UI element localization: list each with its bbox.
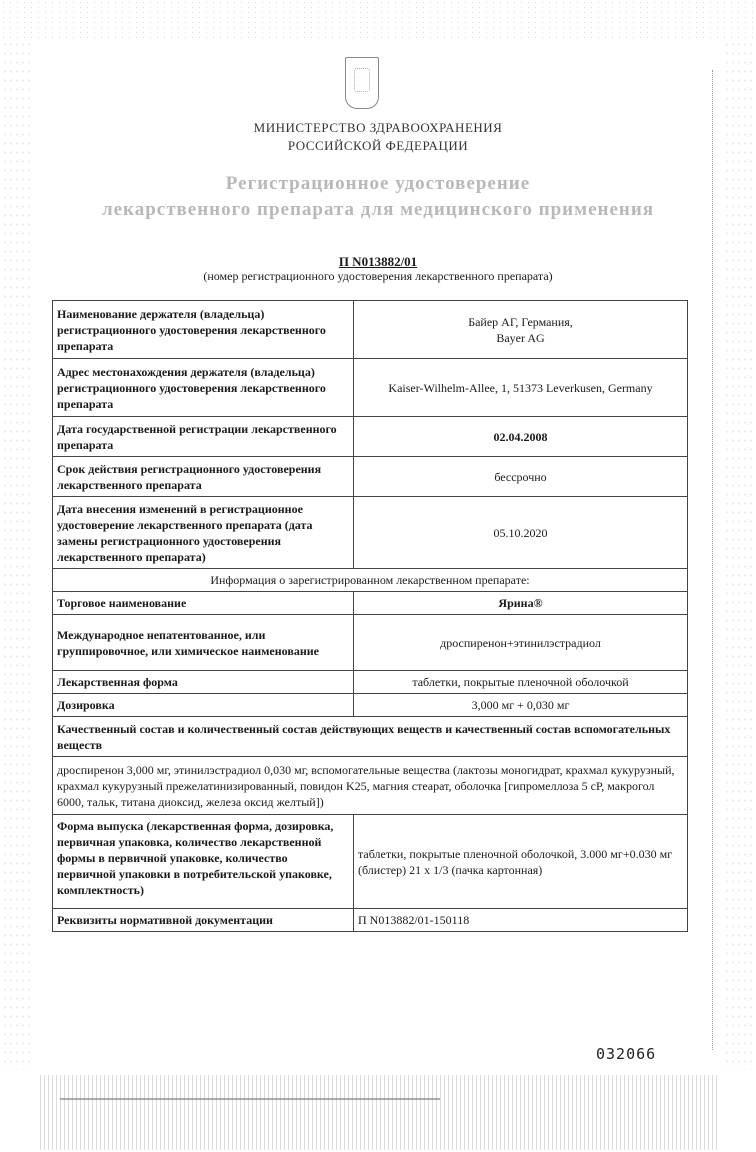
registration-number-caption: (номер регистрационного удостоверения ле… [0,269,756,284]
holder-address-value: Kaiser-Wilhelm-Allee, 1, 51373 Leverkuse… [354,359,688,417]
holder-name-ru: Байер АГ, Германия, [358,314,683,330]
holder-address-label: Адрес местонахождения держателя (владель… [53,359,354,417]
registration-date-label: Дата государственной регистрации лекарст… [53,417,354,457]
table-row: Адрес местонахождения держателя (владель… [53,359,688,417]
table-row: Реквизиты нормативной документации П N01… [53,909,688,932]
table-row: дроспиренон 3,000 мг, этинилэстрадиол 0,… [53,757,688,815]
composition-header: Качественный состав и количественный сос… [53,717,688,757]
registration-date-value: 02.04.2008 [354,417,688,457]
ministry-name-line1: МИНИСТЕРСТВО ЗДРАВООХРАНЕНИЯ [0,120,756,136]
table-row: Дозировка 3,000 мг + 0,030 мг [53,694,688,717]
normative-doc-label: Реквизиты нормативной документации [53,909,354,932]
validity-value: бессрочно [354,457,688,497]
table-row: Наименование держателя (владельца) регис… [53,301,688,359]
table-row: Срок действия регистрационного удостовер… [53,457,688,497]
registration-number: П N013882/01 [0,254,756,270]
changes-date-value: 05.10.2020 [354,497,688,569]
document-title-line2: лекарственного препарата для медицинског… [0,199,756,221]
table-row: Международное непатентованное, или групп… [53,615,688,671]
inn-value: дроспиренон+этинилэстрадиол [354,615,688,671]
release-form-value: таблетки, покрытые пленочной оболочкой, … [354,815,688,909]
holder-name-value: Байер АГ, Германия, Bayer AG [354,301,688,359]
form-serial-number: 032066 [596,1045,656,1063]
ministry-name-line2: РОССИЙСКОЙ ФЕДЕРАЦИИ [0,138,756,154]
scan-noise-top [0,0,756,40]
scan-noise-line [60,1098,440,1100]
drug-info-header: Информация о зарегистрированном лекарств… [53,569,688,592]
changes-date-label: Дата внесения изменений в регистрационно… [53,497,354,569]
dosage-label: Дозировка [53,694,354,717]
inn-label: Международное непатентованное, или групп… [53,615,354,671]
table-row: Качественный состав и количественный сос… [53,717,688,757]
holder-name-en: Bayer AG [358,330,683,346]
dosage-form-label: Лекарственная форма [53,671,354,694]
scan-noise-bottom [40,1075,720,1150]
release-form-label: Форма выпуска (лекарственная форма, дози… [53,815,354,909]
dosage-form-value: таблетки, покрытые пленочной оболочкой [354,671,688,694]
trade-name-value: Ярина® [354,592,688,615]
validity-label: Срок действия регистрационного удостовер… [53,457,354,497]
table-row: Дата государственной регистрации лекарст… [53,417,688,457]
normative-doc-value: П N013882/01-150118 [354,909,688,932]
coat-of-arms-icon [345,57,379,109]
composition-text: дроспиренон 3,000 мг, этинилэстрадиол 0,… [53,757,688,815]
holder-name-label: Наименование держателя (владельца) регис… [53,301,354,359]
table-row: Информация о зарегистрированном лекарств… [53,569,688,592]
table-row: Лекарственная форма таблетки, покрытые п… [53,671,688,694]
registration-table: Наименование держателя (владельца) регис… [52,300,688,932]
trade-name-label: Торговое наименование [53,592,354,615]
dosage-value: 3,000 мг + 0,030 мг [354,694,688,717]
document-title-line1: Регистрационное удостоверение [0,173,756,195]
table-row: Торговое наименование Ярина® [53,592,688,615]
table-row: Форма выпуска (лекарственная форма, дози… [53,815,688,909]
table-row: Дата внесения изменений в регистрационно… [53,497,688,569]
